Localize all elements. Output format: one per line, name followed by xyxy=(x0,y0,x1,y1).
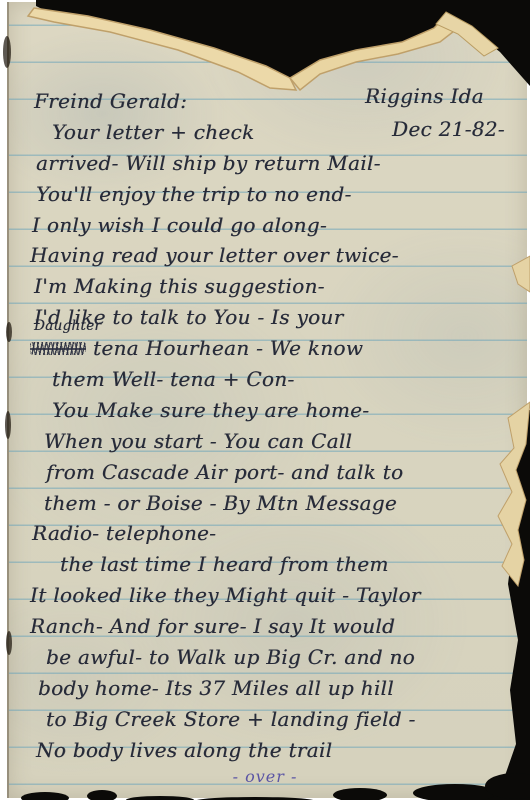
letter-line: I'd like to talk to You - Is your xyxy=(34,302,502,333)
letter-line-text: to Big Creek Store + landing field - xyxy=(46,707,416,731)
letter-body: Freind Gerald:Your letter + checkarrived… xyxy=(30,86,502,766)
letter-line: arrived- Will ship by return Mail- xyxy=(36,148,502,179)
letter-line-text: When you start - You can Call xyxy=(44,429,352,453)
letter-line: Freind Gerald: xyxy=(34,86,502,117)
letter-line-text: No body lives along the trail xyxy=(36,738,332,762)
letter-line-text: You Make sure they are home- xyxy=(52,398,369,422)
letter-line: When you start - You can Call xyxy=(44,426,502,457)
letter-line-text: from Cascade Air port- and talk to xyxy=(46,460,403,484)
letter-line-text: body home- Its 37 Miles all up hill xyxy=(38,676,394,700)
letter-line-text: them Well- tena + Con- xyxy=(52,367,294,391)
letter-line: You'll enjoy the trip to no end- xyxy=(36,179,502,210)
letter-line: Your letter + check xyxy=(52,117,502,148)
letter-line: the last time I heard from them xyxy=(60,549,502,580)
letter-line-text: Having read your letter over twice- xyxy=(30,243,399,267)
letter-line: body home- Its 37 Miles all up hill xyxy=(38,673,502,704)
letter-line: It looked like they Might quit - Taylor xyxy=(30,580,502,611)
letter-line-text: Radio- telephone- xyxy=(32,521,216,545)
page-turn-note: - over - xyxy=(0,767,530,786)
letter-line: I only wish I could go along- xyxy=(32,210,502,241)
letter-line: I'm Making this suggestion- xyxy=(34,271,502,302)
letter-line: Radio- telephone- xyxy=(32,518,502,549)
letter-line: from Cascade Air port- and talk to xyxy=(46,457,502,488)
letter-line: You Make sure they are home- xyxy=(52,395,502,426)
letter-line-text: be awful- to Walk up Big Cr. and no xyxy=(46,645,415,669)
letter-line-text: You'll enjoy the trip to no end- xyxy=(36,182,352,206)
inserted-word: Daughter xyxy=(34,319,101,333)
letter-line: be awful- to Walk up Big Cr. and no xyxy=(46,642,502,673)
letter-line-text: Ranch- And for sure- I say It would xyxy=(30,614,395,638)
letter-line: them - or Boise - By Mtn Message xyxy=(44,488,502,519)
letter-line: Daughtertena Hourhean - We know xyxy=(30,333,502,364)
scribbled-out-word xyxy=(30,342,86,355)
letter-line-text: I'm Making this suggestion- xyxy=(34,274,325,298)
letter-line-text: the last time I heard from them xyxy=(60,552,389,576)
scanned-letter-image: Riggins Ida Dec 21-82- Freind Gerald:You… xyxy=(0,0,530,800)
letter-line-text: Your letter + check xyxy=(52,120,254,144)
letter-line-text: them - or Boise - By Mtn Message xyxy=(44,491,397,515)
letter-line: them Well- tena + Con- xyxy=(52,364,502,395)
letter-line-text: I only wish I could go along- xyxy=(32,213,327,237)
letter-line-text: Freind Gerald: xyxy=(34,89,187,113)
letter-line: Ranch- And for sure- I say It would xyxy=(30,611,502,642)
letter-line: No body lives along the trail xyxy=(36,735,502,766)
letter-line: Having read your letter over twice- xyxy=(30,240,502,271)
letter-line: to Big Creek Store + landing field - xyxy=(46,704,502,735)
letter-line-text: arrived- Will ship by return Mail- xyxy=(36,151,381,175)
letter-line-text: It looked like they Might quit - Taylor xyxy=(30,583,421,607)
letter-line-text: tena Hourhean - We know xyxy=(93,336,363,360)
